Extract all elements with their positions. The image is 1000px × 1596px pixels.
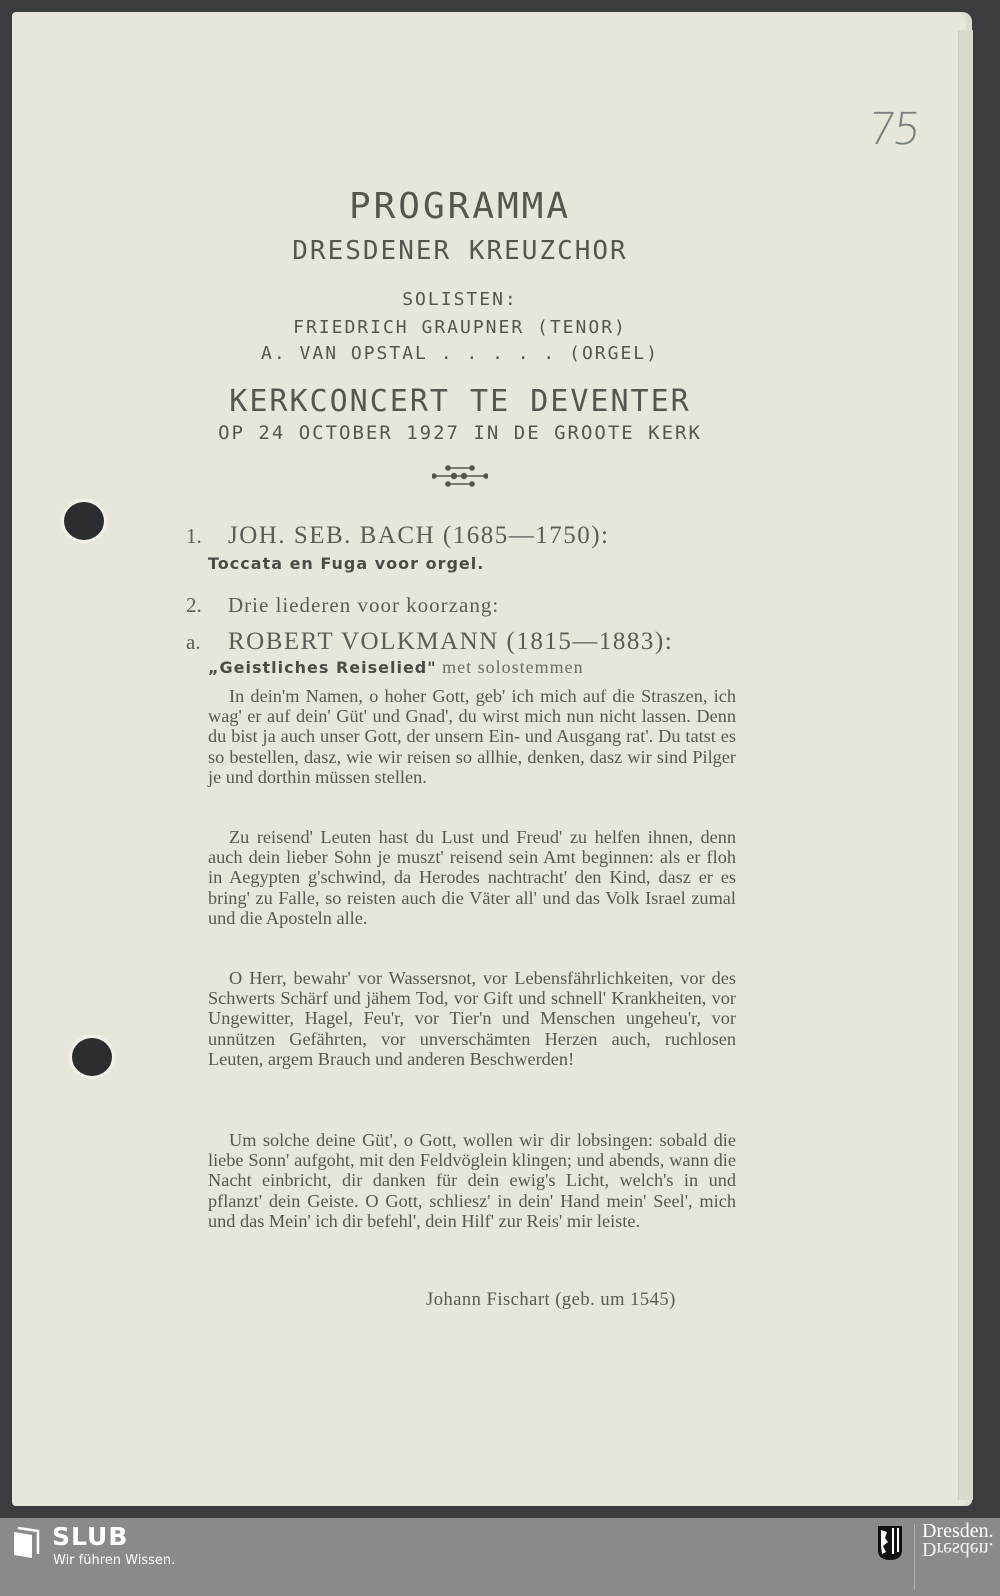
page-edge: [958, 30, 973, 1500]
work-name: „Geistliches Reiselied": [208, 658, 437, 677]
lyrics-stanza-1: In dein'm Namen, o hoher Gott, geb' ich …: [208, 686, 736, 787]
lyrics-stanza-2: Zu reisend' Leuten hast du Lust und Freu…: [208, 827, 736, 928]
stanza-text: In dein'm Namen, o hoher Gott, geb' ich …: [208, 686, 736, 787]
work-title: „Geistliches Reiselied" met solostemmen: [208, 657, 584, 678]
handwritten-page-number: 75: [864, 104, 921, 155]
stanza-text: Zu reisend' Leuten hast du Lust und Freu…: [208, 827, 736, 928]
soloist-tenor: FRIEDRICH GRAUPNER (TENOR): [0, 317, 920, 338]
punch-hole-bottom: [72, 1038, 112, 1076]
punch-hole-top: [64, 502, 104, 540]
soloist-organ: A. VAN OPSTAL . . . . . (ORGEL): [0, 343, 920, 364]
ornament-divider-icon: [432, 462, 488, 490]
program-title: PROGRAMMA: [0, 186, 920, 227]
choir-name: DRESDENER KREUZCHOR: [0, 236, 920, 266]
slub-tagline: Wir führen Wissen.: [53, 1553, 175, 1568]
footer-divider: [914, 1524, 915, 1590]
soloists-label: SOLISTEN:: [0, 289, 920, 310]
work-note: met solostemmen: [437, 657, 584, 677]
stanza-text: O Herr, bewahr' vor Wassersnot, vor Lebe…: [208, 968, 736, 1069]
lyrics-author: Johann Fischart (geb. um 1545): [426, 1290, 676, 1311]
stanza-text: Um solche deine Güt', o Gott, wollen wir…: [208, 1130, 736, 1231]
program-item-1: 1.JOH. SEB. BACH (1685—1750):: [186, 522, 610, 550]
slub-book-icon: [12, 1526, 42, 1558]
slub-logo-text[interactable]: SLUB: [52, 1522, 128, 1551]
section-heading: Drie liederen voor koorzang:: [228, 593, 499, 617]
dresden-coat-of-arms-icon: [878, 1526, 902, 1560]
item-number: a.: [186, 630, 228, 655]
lyrics-stanza-4: Um solche deine Güt', o Gott, wollen wir…: [208, 1130, 736, 1231]
item-number: 1.: [186, 524, 228, 549]
program-item-2: 2.Drie liederen voor koorzang:: [186, 593, 499, 618]
concert-title: KERKCONCERT TE DEVENTER: [0, 384, 920, 419]
lyrics-stanza-3: O Herr, bewahr' vor Wassersnot, vor Lebe…: [208, 968, 736, 1069]
footer-bar: SLUB Wir führen Wissen. Dresden. Dresden…: [0, 1518, 1000, 1596]
item-number: 2.: [186, 593, 228, 618]
concert-date-venue: OP 24 OCTOBER 1927 IN DE GROOTE KERK: [0, 422, 920, 444]
dresden-logo[interactable]: Dresden. Dresden.: [922, 1522, 994, 1558]
composer: ROBERT VOLKMANN (1815—1883):: [228, 628, 673, 655]
dresden-logo-mirror: Dresden.: [922, 1540, 994, 1558]
program-item-2a: a.ROBERT VOLKMANN (1815—1883):: [186, 628, 673, 656]
work-title: Toccata en Fuga voor orgel.: [208, 554, 484, 573]
composer: JOH. SEB. BACH (1685—1750):: [228, 522, 610, 549]
